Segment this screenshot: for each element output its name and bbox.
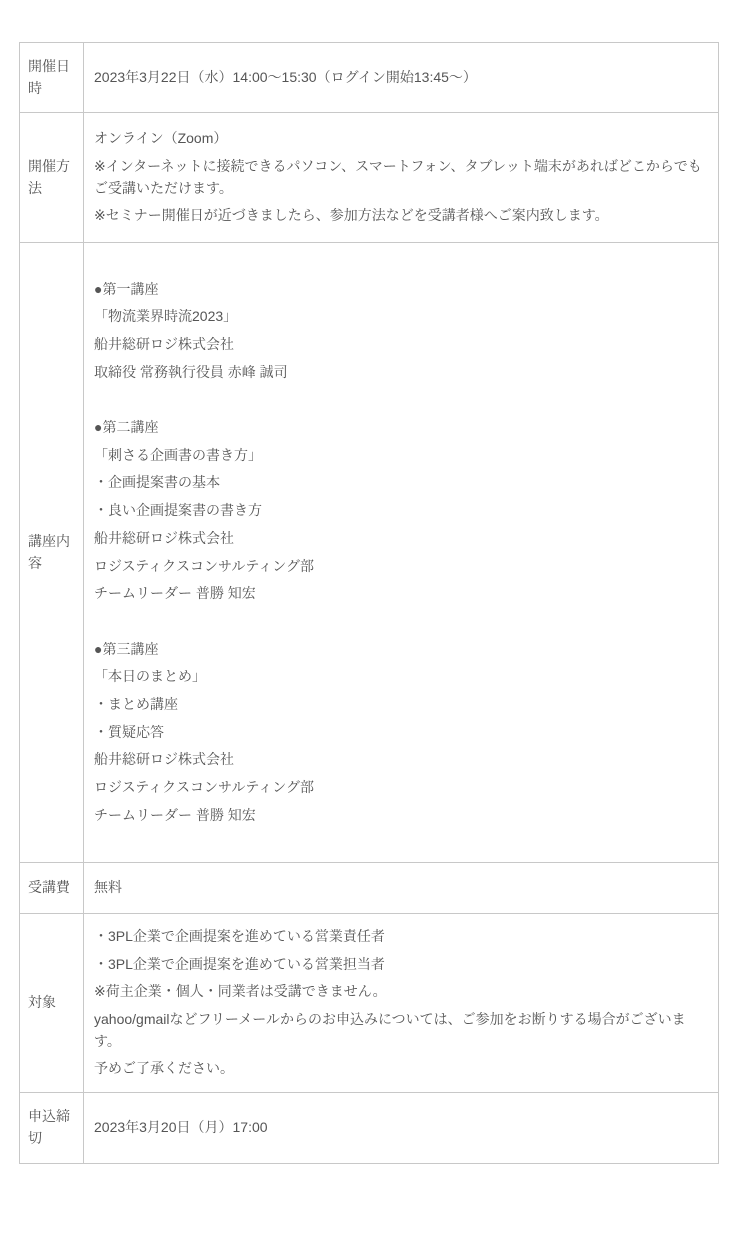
value-paragraph: ・企画提案書の基本 [94,472,710,494]
row-label: 受講費 [20,863,84,914]
value-paragraph: ・3PL企業で企画提案を進めている営業責任者 [94,926,710,948]
value-paragraph: 「刺さる企画書の書き方」 [94,445,710,467]
table-row: 開催方法オンライン（Zoom）※インターネットに接続できるパソコン、スマートフォ… [20,113,719,243]
blank-line [94,389,710,411]
value-paragraph: 「物流業界時流2023」 [94,306,710,328]
row-value: 2023年3月22日（水）14:00～15:30（ログイン開始13:45～） [84,43,719,113]
value-paragraph: yahoo/gmailなどフリーメールからのお申込みについては、ご参加をお断りす… [94,1009,710,1052]
value-paragraph: 無料 [94,877,710,899]
row-value: ●第一講座「物流業界時流2023」船井総研ロジ株式会社取締役 常務執行役員 赤峰… [84,243,719,863]
value-paragraph: ※荷主企業・個人・同業者は受講できません。 [94,981,710,1003]
table-row: 開催日時2023年3月22日（水）14:00～15:30（ログイン開始13:45… [20,43,719,113]
value-paragraph: ロジスティクスコンサルティング部 [94,777,710,799]
page: 開催日時2023年3月22日（水）14:00～15:30（ログイン開始13:45… [0,42,740,1241]
value-paragraph: 「本日のまとめ」 [94,666,710,688]
value-paragraph: 船井総研ロジ株式会社 [94,528,710,550]
value-paragraph: ※セミナー開催日が近づきましたら、参加方法などを受講者様へご案内致します。 [94,205,710,227]
value-paragraph: 2023年3月22日（水）14:00～15:30（ログイン開始13:45～） [94,67,710,89]
value-paragraph: 2023年3月20日（月）17:00 [94,1117,710,1139]
table-row: 申込締切2023年3月20日（月）17:00 [20,1093,719,1164]
table-row: 受講費無料 [20,863,719,914]
value-paragraph: 船井総研ロジ株式会社 [94,749,710,771]
value-paragraph: ※インターネットに接続できるパソコン、スマートフォン、タブレット端末があればどこ… [94,156,710,199]
row-value: 2023年3月20日（月）17:00 [84,1093,719,1164]
table-row: 講座内容●第一講座「物流業界時流2023」船井総研ロジ株式会社取締役 常務執行役… [20,243,719,863]
value-paragraph: オンライン（Zoom） [94,128,710,150]
row-label: 開催方法 [20,113,84,243]
value-paragraph: ●第二講座 [94,417,710,439]
row-label: 対象 [20,914,84,1093]
row-value: ・3PL企業で企画提案を進めている営業責任者・3PL企業で企画提案を進めている営… [84,914,719,1093]
value-paragraph: 船井総研ロジ株式会社 [94,334,710,356]
row-label: 開催日時 [20,43,84,113]
value-paragraph: ロジスティクスコンサルティング部 [94,556,710,578]
row-value: オンライン（Zoom）※インターネットに接続できるパソコン、スマートフォン、タブ… [84,113,719,243]
seminar-table-body: 開催日時2023年3月22日（水）14:00～15:30（ログイン開始13:45… [20,43,719,1164]
value-paragraph: チームリーダー 普勝 知宏 [94,583,710,605]
value-paragraph: 取締役 常務執行役員 赤峰 誠司 [94,362,710,384]
value-paragraph: 予めご了承ください。 [94,1058,710,1080]
seminar-info-table: 開催日時2023年3月22日（水）14:00～15:30（ログイン開始13:45… [19,42,719,1164]
table-row: 対象・3PL企業で企画提案を進めている営業責任者・3PL企業で企画提案を進めてい… [20,914,719,1093]
row-value: 無料 [84,863,719,914]
value-paragraph: ・3PL企業で企画提案を進めている営業担当者 [94,954,710,976]
row-label: 講座内容 [20,243,84,863]
blank-line [94,611,710,633]
value-paragraph: ●第一講座 [94,279,710,301]
value-paragraph: ・質疑応答 [94,722,710,744]
value-paragraph: ●第三講座 [94,639,710,661]
row-label: 申込締切 [20,1093,84,1164]
value-paragraph: ・良い企画提案書の書き方 [94,500,710,522]
value-paragraph: チームリーダー 普勝 知宏 [94,805,710,827]
value-paragraph: ・まとめ講座 [94,694,710,716]
